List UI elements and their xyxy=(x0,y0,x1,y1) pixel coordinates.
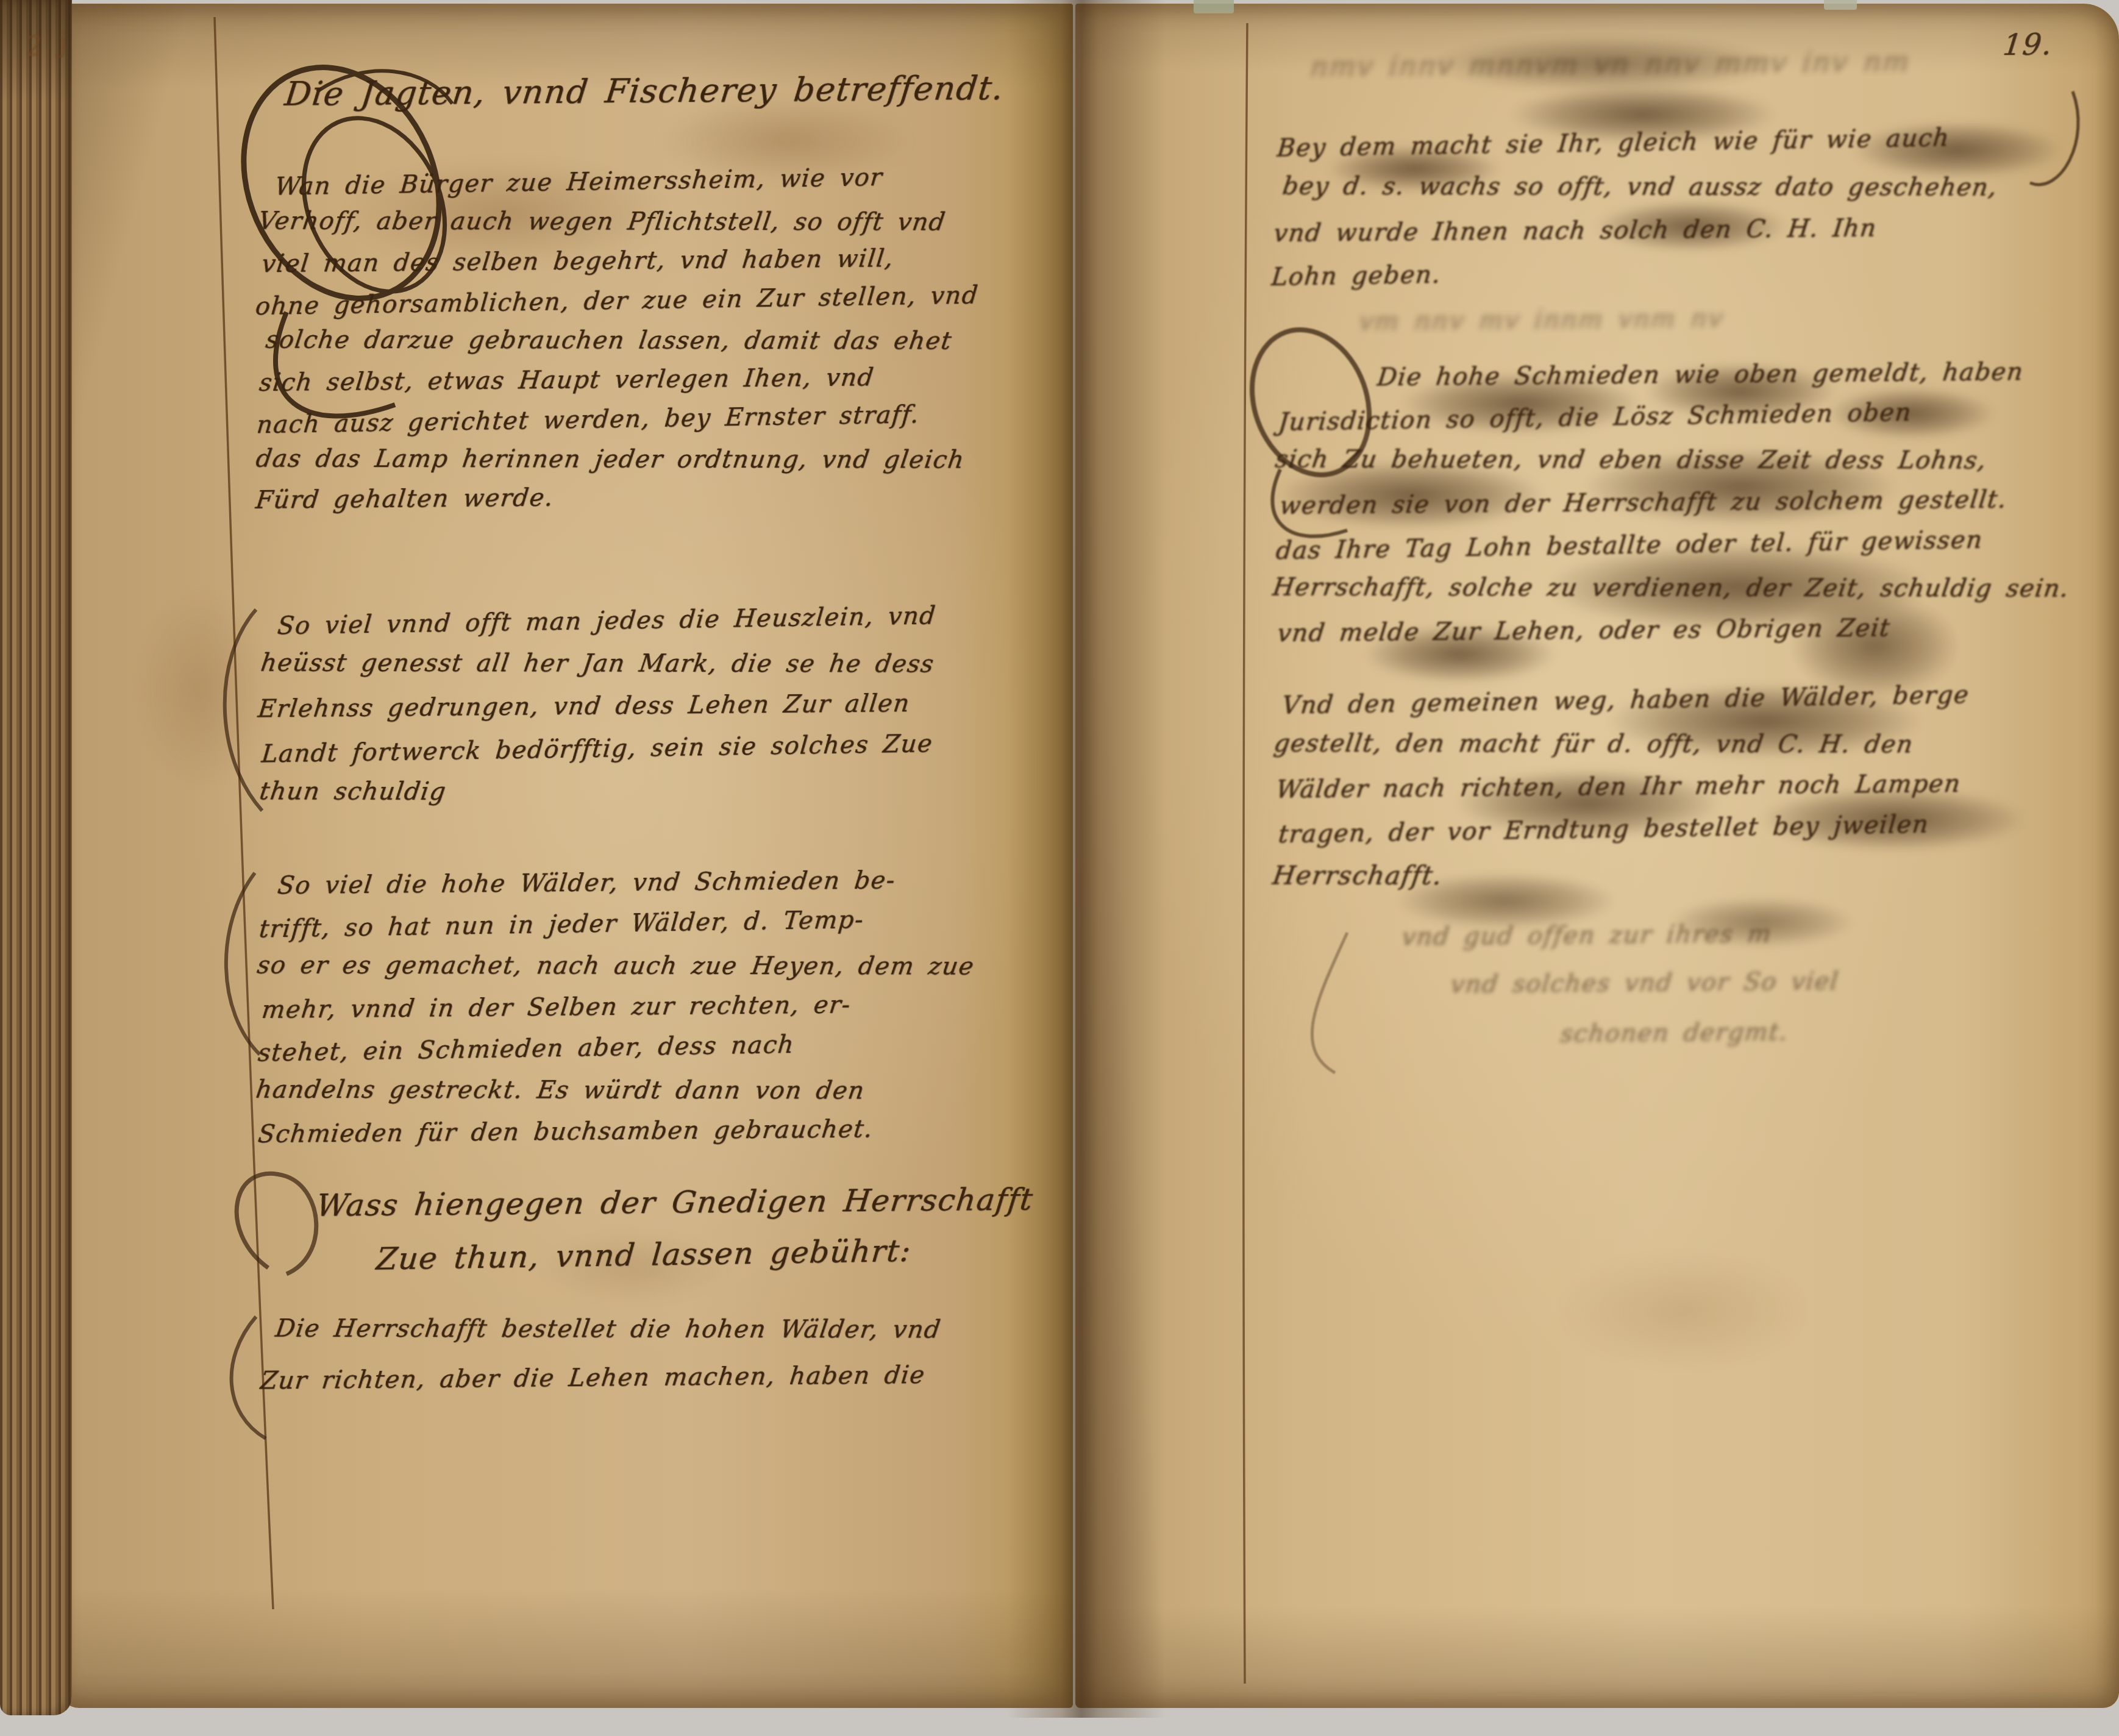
left-body-line: Zur richten, aber die Lehen machen, habe… xyxy=(259,1361,927,1395)
left-body-line: sich selbst, etwas Haupt verlegen Ihen, … xyxy=(258,364,876,397)
show-through-line: nmv innv mnnvm vn nnv mmv inv nm xyxy=(1308,45,1912,84)
right-body-line: Herrschafft, solche zu verdienen, der Ze… xyxy=(1271,574,2071,603)
faint-fragment: vnd solches vnd vor So viel xyxy=(1449,967,1840,999)
faint-fragment: vnd gud offen zur ihres m xyxy=(1400,920,1773,951)
left-body-line: So viel die hohe Wälder, vnd Schmieden b… xyxy=(276,867,897,900)
right-body-line: Die hohe Schmieden wie oben gemeldt, hab… xyxy=(1376,358,2025,391)
right-page xyxy=(1075,4,2119,1708)
left-body-line: Schmieden für den buchsamben gebrauchet. xyxy=(257,1115,875,1149)
left-body-line: Fürd gehalten werde. xyxy=(254,484,555,514)
left-body-line: Verhoff, aber auch wegen Pflichtstell, s… xyxy=(257,207,947,237)
left-heading: Die Jagten, vnnd Fischerey betreffendt. xyxy=(283,69,1006,113)
left-body-line: mehr, vnnd in der Selben zur rechten, er… xyxy=(260,991,853,1024)
page-number: 19. xyxy=(2001,28,2054,63)
left-body-line: das das Lamp herinnen jeder ordtnung, vn… xyxy=(254,445,966,474)
left-body-line: viel man des selben begehrt, vnd haben w… xyxy=(260,244,896,278)
book-gutter-shadow xyxy=(1007,0,1166,1718)
right-body-line: bey d. s. wachs so offt, vnd aussz dato … xyxy=(1281,173,2000,202)
left-body-line: heüsst genesst all her Jan Mark, die se … xyxy=(259,649,936,678)
right-body-line: Wälder nach richten, den Ihr mehr noch L… xyxy=(1275,770,1962,804)
show-through-line: vm nnv mv innm vnm nv xyxy=(1358,303,1725,336)
left-body-line: Die Herrschafft bestellet die hohen Wäld… xyxy=(274,1315,943,1344)
binding-tape-fragment xyxy=(1824,0,1857,10)
left-body-line: thun schuldig xyxy=(258,778,448,806)
left-body-line: solche darzue gebrauchen lassen, damit d… xyxy=(264,326,954,355)
left-body-line: handelns gestreckt. Es würdt dann von de… xyxy=(254,1076,867,1105)
manuscript-photo: 2 j Die Jagten, vnnd Fischerey betreffen… xyxy=(0,0,2119,1736)
folio-mark: 2 j xyxy=(24,26,70,63)
left-body-line: Erlehnss gedrungen, vnd dess Lehen Zur a… xyxy=(257,689,912,723)
right-body-line: Lohn geben. xyxy=(1270,261,1442,291)
right-body-line: Herrschafft. xyxy=(1271,861,1445,891)
left-subheading-line: Wass hiengegen der Gnedigen Herrschafft xyxy=(315,1182,1035,1223)
right-body-line: sich Zu behueten, vnd eben disse Zeit de… xyxy=(1273,446,1989,475)
binding-tape-fragment xyxy=(1194,0,1234,13)
right-body-line: vnd wurde Ihnen nach solch den C. H. Ihn xyxy=(1272,215,1878,248)
book-fore-edge xyxy=(0,0,72,1715)
right-body-line: gestellt, den macht für d. offt, vnd C. … xyxy=(1272,730,1915,759)
faint-fragment: schonen dergmt. xyxy=(1559,1018,1790,1048)
right-body-line: vnd melde Zur Lehen, oder es Obrigen Zei… xyxy=(1276,614,1892,648)
left-body-line: so er es gemachet, nach auch zue Heyen, … xyxy=(255,952,977,981)
